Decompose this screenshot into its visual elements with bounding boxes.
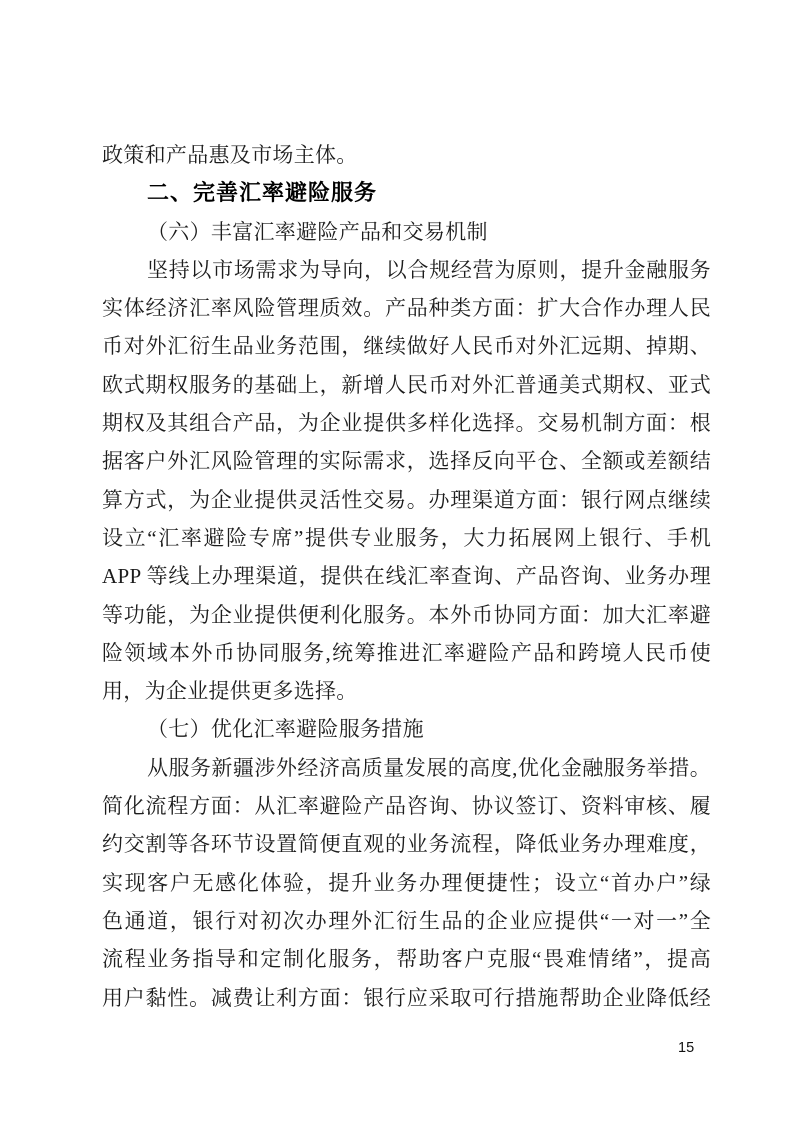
- text-line: 从服务新疆涉外经济高质量发展的高度,优化金融服务举措。: [102, 749, 711, 787]
- page-number: 15: [678, 1038, 708, 1058]
- text-line: 用，为企业提供更多选择。: [102, 672, 711, 710]
- section-heading: 二、完善汇率避险服务: [102, 174, 711, 212]
- text-line: 政策和产品惠及市场主体。: [102, 136, 711, 174]
- text-line: 设立“汇率避险专席”提供专业服务，大力拓展网上银行、手机: [102, 519, 711, 557]
- text-line: 等功能，为企业提供便利化服务。本外币协同方面：加大汇率避: [102, 596, 711, 634]
- subsection-heading: （七）优化汇率避险服务措施: [102, 710, 711, 748]
- document-page: 政策和产品惠及市场主体。二、完善汇率避险服务（六）丰富汇率避险产品和交易机制坚持…: [0, 0, 793, 1122]
- text-line: 期权及其组合产品，为企业提供多样化选择。交易机制方面：根: [102, 404, 711, 442]
- text-line: 币对外汇衍生品业务范围，继续做好人民币对外汇远期、掉期、: [102, 327, 711, 365]
- text-line: 据客户外汇风险管理的实际需求，选择反向平仓、全额或差额结: [102, 442, 711, 480]
- text-line: APP 等线上办理渠道，提供在线汇率查询、产品咨询、业务办理: [102, 557, 711, 595]
- text-line: 坚持以市场需求为导向，以合规经营为原则，提升金融服务: [102, 251, 711, 289]
- text-line: 简化流程方面：从汇率避险产品咨询、协议签订、资料审核、履: [102, 787, 711, 825]
- text-line: 欧式期权服务的基础上，新增人民币对外汇普通美式期权、亚式: [102, 366, 711, 404]
- text-line: 实体经济汇率风险管理质效。产品种类方面：扩大合作办理人民: [102, 289, 711, 327]
- text-line: 险领域本外币协同服务,统筹推进汇率避险产品和跨境人民币使: [102, 634, 711, 672]
- text-line: 色通道，银行对初次办理外汇衍生品的企业应提供“一对一”全: [102, 902, 711, 940]
- text-line: 流程业务指导和定制化服务，帮助客户克服“畏难情绪”，提高: [102, 940, 711, 978]
- text-line: 算方式，为企业提供灵活性交易。办理渠道方面：银行网点继续: [102, 481, 711, 519]
- text-line: 用户黏性。减费让利方面：银行应采取可行措施帮助企业降低经: [102, 979, 711, 1017]
- text-line: 实现客户无感化体验，提升业务办理便捷性；设立“首办户”绿: [102, 864, 711, 902]
- document-body: 政策和产品惠及市场主体。二、完善汇率避险服务（六）丰富汇率避险产品和交易机制坚持…: [102, 136, 711, 1017]
- text-line: 约交割等各环节设置简便直观的业务流程，降低业务办理难度，: [102, 825, 711, 863]
- subsection-heading: （六）丰富汇率避险产品和交易机制: [102, 213, 711, 251]
